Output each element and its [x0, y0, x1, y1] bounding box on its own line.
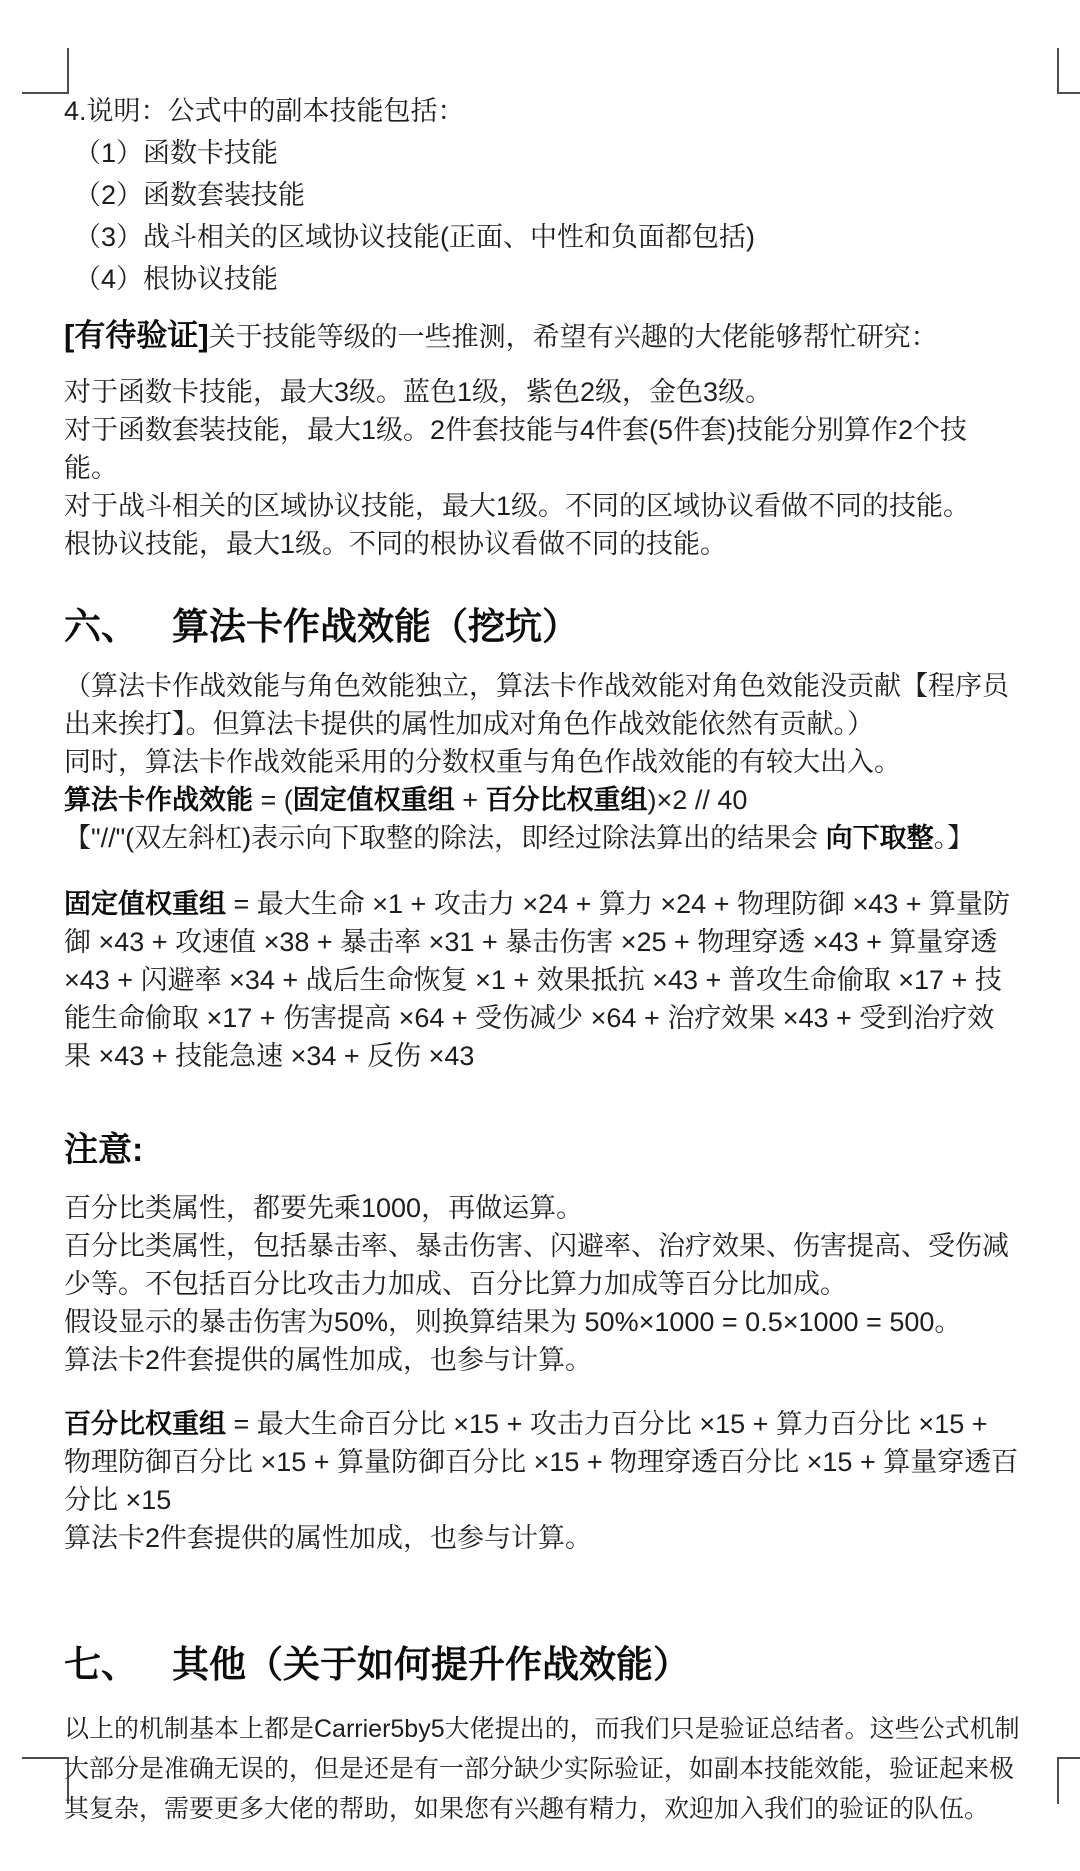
percent-weight-formula: 百分比权重组 = 最大生命百分比 ×15 + 攻击力百分比 ×15 + 算力百分…: [64, 1405, 1020, 1519]
algo-card-weight-note: 同时，算法卡作战效能采用的分数权重与角色作战效能的有较大出入。: [64, 743, 1020, 781]
pending-verification-intro: 关于技能等级的一些推测，希望有兴趣的大佬能够帮忙研究：: [209, 322, 938, 352]
pending-verification-line: [有待验证]关于技能等级的一些推测，希望有兴趣的大佬能够帮忙研究：: [64, 314, 1020, 359]
note4-list-item-2: （2）函数套装技能: [64, 174, 1020, 216]
guess-line-1: 对于函数卡技能，最大3级。蓝色1级，紫色2级，金色3级。: [64, 373, 1020, 411]
note4-list-item-4: （4）根协议技能: [64, 258, 1020, 300]
section-6-heading: 六、算法卡作战效能（挖坑）: [64, 601, 1020, 653]
note4-list: （1）函数卡技能 （2）函数套装技能 （3）战斗相关的区域协议技能(正面、中性和…: [64, 132, 1020, 300]
skill-level-guesses: 对于函数卡技能，最大3级。蓝色1级，紫色2级，金色3级。 对于函数套装技能，最大…: [64, 373, 1020, 563]
page-corner-mark-top-left: [22, 48, 69, 94]
notice-heading: 注意:: [64, 1127, 1020, 1173]
notice-line-1: 百分比类属性，都要先乘1000，再做运算。: [64, 1189, 1020, 1227]
fixed-value-weight-formula: 固定值权重组 = 最大生命 ×1 + 攻击力 ×24 + 算力 ×24 + 物理…: [64, 885, 1020, 1075]
algo-card-effectiveness-formula: 算法卡作战效能 = (固定值权重组 + 百分比权重组)×2 // 40: [64, 781, 1020, 819]
section-7-title: 其他（关于如何提升作战效能）: [172, 1644, 690, 1685]
guess-line-4: 根协议技能，最大1级。不同的根协议看做不同的技能。: [64, 525, 1020, 563]
note4-list-item-3: （3）战斗相关的区域协议技能(正面、中性和负面都包括): [64, 216, 1020, 258]
document-page: 4.说明：公式中的副本技能包括： （1）函数卡技能 （2）函数套装技能 （3）战…: [64, 90, 1020, 1829]
pending-verification-tag: [有待验证]: [64, 318, 209, 353]
section-6-number: 六、: [64, 606, 138, 647]
note4-title: 4.说明：公式中的副本技能包括：: [64, 90, 1020, 132]
guess-line-2: 对于函数套装技能，最大1级。2件套技能与4件套(5件套)技能分别算作2个技能。: [64, 411, 1020, 487]
section-6-intro: （算法卡作战效能与角色效能独立，算法卡作战效能对角色效能没贡献【程序员出来挨打】…: [64, 667, 1020, 857]
notice-line-3: 假设显示的暴击伤害为50%，则换算结果为 50%×1000 = 0.5×1000…: [64, 1303, 1020, 1341]
page-corner-mark-bottom-right: [1057, 1757, 1080, 1804]
percent-weight-tail-note: 算法卡2件套提供的属性加成，也参与计算。: [64, 1519, 1020, 1557]
page-corner-mark-bottom-left: [22, 1757, 69, 1804]
percent-weight-block: 百分比权重组 = 最大生命百分比 ×15 + 攻击力百分比 ×15 + 算力百分…: [64, 1405, 1020, 1557]
notice-line-2: 百分比类属性，包括暴击率、暴击伤害、闪避率、治疗效果、伤害提高、受伤减少等。不包…: [64, 1227, 1020, 1303]
algo-card-independence-note: （算法卡作战效能与角色效能独立，算法卡作战效能对角色效能没贡献【程序员出来挨打】…: [64, 667, 1020, 743]
page-corner-mark-top-right: [1057, 48, 1080, 94]
note4-list-item-1: （1）函数卡技能: [64, 132, 1020, 174]
section-7-heading: 七、其他（关于如何提升作战效能）: [64, 1639, 1020, 1691]
section-6-title: 算法卡作战效能（挖坑）: [172, 606, 579, 647]
notice-body: 百分比类属性，都要先乘1000，再做运算。 百分比类属性，包括暴击率、暴击伤害、…: [64, 1189, 1020, 1379]
section-7-number: 七、: [64, 1644, 138, 1685]
notice-line-4: 算法卡2件套提供的属性加成，也参与计算。: [64, 1341, 1020, 1379]
guess-line-3: 对于战斗相关的区域协议技能，最大1级。不同的区域协议看做不同的技能。: [64, 487, 1020, 525]
floor-division-note: 【"//"(双左斜杠)表示向下取整的除法，即经过除法算出的结果会 向下取整。】: [64, 819, 1020, 857]
closing-paragraph: 以上的机制基本上都是Carrier5by5大佬提出的，而我们只是验证总结者。这些…: [64, 1709, 1020, 1829]
